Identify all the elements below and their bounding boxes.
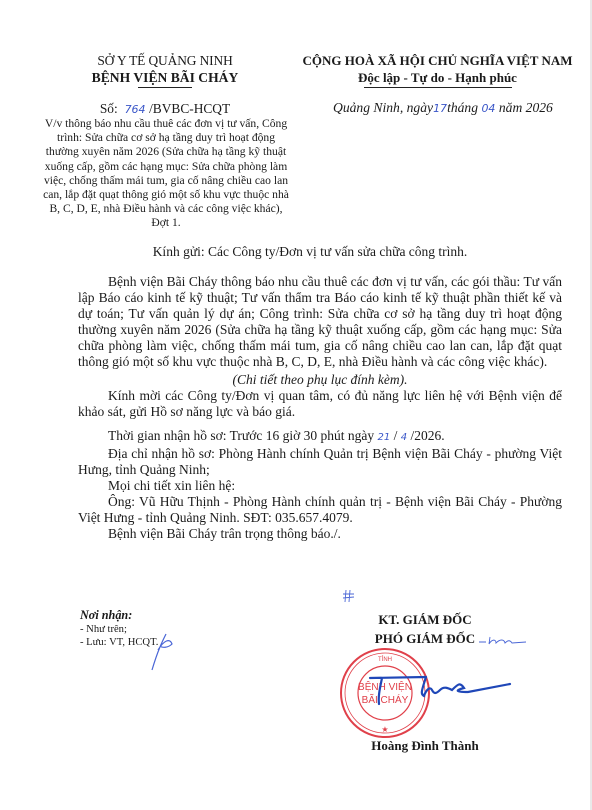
document-number: Số: 764/BVBC-HCQT: [40, 100, 290, 118]
deadline-day-handwritten: 21: [378, 432, 391, 443]
recipients-block: Nơi nhận: - Như trên; - Lưu: VT, HCQT.: [80, 608, 280, 649]
body-paragraph: Kính mời các Công ty/Đơn vị quan tâm, có…: [78, 388, 562, 420]
doc-number-suffix: /BVBC-HCQT: [149, 101, 230, 116]
recipients-title: Nơi nhận:: [80, 608, 280, 623]
recipient-item: - Như trên;: [80, 623, 280, 636]
recipient-line: Kính gửi: Các Công ty/Đơn vị tư vấn sửa …: [60, 243, 560, 261]
closing-line: Bệnh viện Bãi Cháy trân trọng thông báo.…: [78, 526, 562, 542]
appendix-note: (Chi tiết theo phụ lục đính kèm).: [78, 372, 562, 388]
signature-title-1: KT. GIÁM ĐỐC: [325, 610, 525, 629]
deadline-month-handwritten: 4: [401, 432, 407, 443]
signer-name: Hoàng Đình Thành: [325, 738, 525, 754]
hospital-name: BỆNH VIỆN BÃI CHÁY: [40, 69, 290, 86]
nation-header: CỘNG HOÀ XÃ HỘI CHỦ NGHĨA VIỆT NAM Độc l…: [290, 52, 585, 88]
initial-mark-icon: [342, 588, 356, 604]
issuer-header: SỞ Y TẾ QUẢNG NINH BỆNH VIỆN BÃI CHÁY: [40, 52, 290, 88]
address-paragraph: Địa chỉ nhận hồ sơ: Phòng Hành chính Quả…: [78, 446, 562, 478]
subject-line: V/v thông báo nhu cầu thuê các đơn vị tư…: [40, 117, 292, 231]
motto-underline: [364, 87, 512, 88]
deadline-line: Thời gian nhận hồ sơ: Trước 16 giờ 30 ph…: [78, 428, 562, 446]
date-year: năm 2026: [499, 100, 553, 115]
document-body: Bệnh viện Bãi Cháy thông báo nhu cầu thu…: [78, 274, 562, 542]
header-underline: [138, 87, 192, 88]
initial-mark-icon: [148, 630, 178, 680]
agency-name: SỞ Y TẾ QUẢNG NINH: [40, 52, 290, 69]
recipient-item: - Lưu: VT, HCQT.: [80, 636, 280, 649]
date-place: Quảng Ninh, ngày: [333, 100, 433, 115]
handwritten-signature-icon: [360, 660, 520, 710]
motto: Độc lập - Tự do - Hạnh phúc: [290, 69, 585, 86]
date-line: Quảng Ninh, ngày17tháng 04 năm 2026: [333, 99, 592, 117]
body-paragraph: Bệnh viện Bãi Cháy thông báo nhu cầu thu…: [78, 274, 562, 370]
date-month-label: tháng: [447, 100, 478, 115]
svg-text:★: ★: [381, 725, 388, 734]
date-month-handwritten: 04: [481, 102, 495, 115]
contact-intro: Mọi chi tiết xin liên hệ:: [78, 478, 562, 494]
date-day-handwritten: 17: [433, 102, 447, 115]
signature-block: KT. GIÁM ĐỐC PHÓ GIÁM ĐỐC: [325, 610, 525, 648]
doc-number-label: Số:: [100, 101, 118, 116]
nation-title: CỘNG HOÀ XÃ HỘI CHỦ NGHĨA VIỆT NAM: [290, 52, 585, 69]
doc-number-handwritten: 764: [121, 101, 149, 118]
contact-paragraph: Ông: Vũ Hữu Thịnh - Phòng Hành chính quả…: [78, 494, 562, 526]
